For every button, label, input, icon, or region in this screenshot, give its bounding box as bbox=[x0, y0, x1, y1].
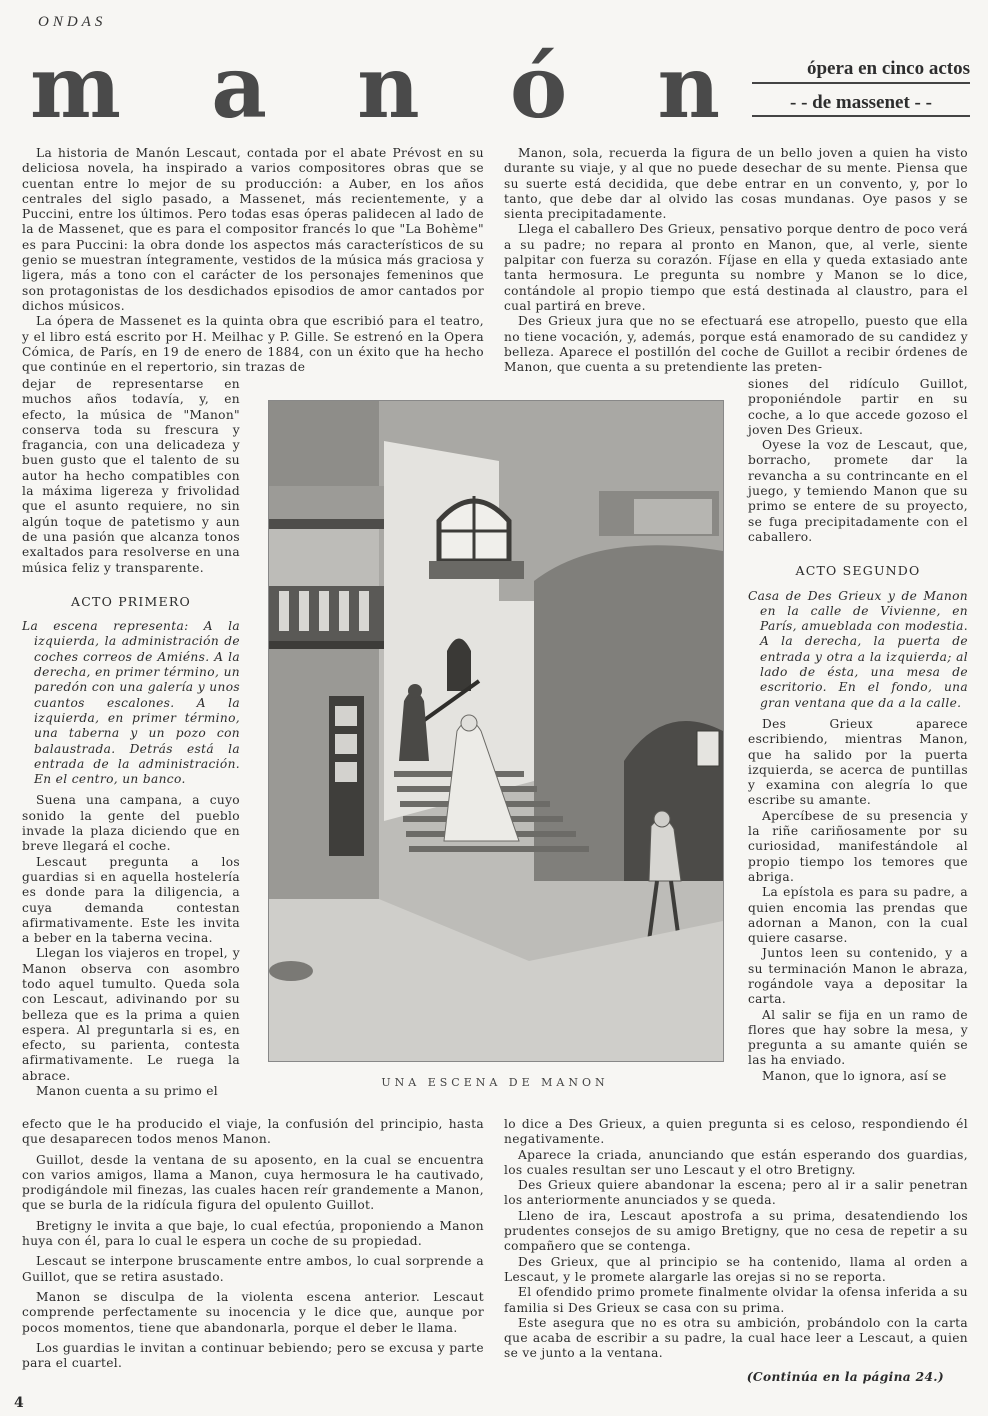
intro-paragraph-continued: dejar de representarse en muchos años to… bbox=[22, 377, 240, 576]
act2-bottom-block: lo dice a Des Grieux, a quien pregunta s… bbox=[504, 1117, 968, 1385]
act1-paragraph: Bretigny le invita a que baje, lo cual e… bbox=[22, 1219, 484, 1250]
magazine-kicker: ONDAS bbox=[38, 14, 106, 31]
act1-paragraph: efecto que le ha producido el viaje, la … bbox=[22, 1117, 484, 1148]
act2-paragraph: Juntos leen su contenido, y a su termina… bbox=[748, 946, 968, 1007]
right-top-block: Manon, sola, recuerda la figura de un be… bbox=[504, 146, 968, 375]
right-paragraph: Manon, sola, recuerda la figura de un be… bbox=[504, 146, 968, 222]
title-letter: n bbox=[657, 48, 720, 128]
intro-paragraph: La historia de Manón Lescaut, contada po… bbox=[22, 146, 484, 314]
title-letter: m bbox=[30, 48, 121, 128]
right-narrow-column: siones del ridículo Guillot, proponiéndo… bbox=[748, 377, 968, 1084]
act1-paragraph: Llegan los viajeros en tropel, y Manon o… bbox=[22, 946, 240, 1084]
act2-paragraph: Des Grieux quiere abandonar la escena; p… bbox=[504, 1178, 968, 1209]
right-paragraph: Llega el caballero Des Grieux, pensativo… bbox=[504, 222, 968, 314]
act2-paragraph: Al salir se fija en un ramo de flores qu… bbox=[748, 1008, 968, 1069]
right-paragraph: Des Grieux jura que no se efectuará ese … bbox=[504, 314, 968, 375]
title-letter: a bbox=[211, 48, 267, 128]
intro-block: La historia de Manón Lescaut, contada po… bbox=[22, 146, 484, 375]
act1-paragraph: Lescaut pregunta a los guardias si en aq… bbox=[22, 855, 240, 947]
act2-scene-description: Casa de Des Grieux y de Manon en la call… bbox=[748, 589, 968, 711]
subtitle-line-2: - - de massenet - - bbox=[752, 92, 970, 117]
act2-paragraph: Lleno de ira, Lescaut apostrofa a su pri… bbox=[504, 1209, 968, 1255]
left-narrow-column: dejar de representarse en muchos años to… bbox=[22, 377, 240, 1099]
act1-paragraph: Guillot, desde la ventana de su aposento… bbox=[22, 1153, 484, 1214]
right-paragraph-continued: siones del ridículo Guillot, proponiéndo… bbox=[748, 377, 968, 438]
act2-paragraph: El ofendido primo promete finalmente olv… bbox=[504, 1285, 968, 1316]
act1-bottom-block: efecto que le ha producido el viaje, la … bbox=[22, 1117, 484, 1371]
act2-paragraph: Manon, que lo ignora, así se bbox=[748, 1069, 968, 1084]
act1-paragraph: Manon cuenta a su primo el bbox=[22, 1084, 240, 1099]
act2-paragraph: Este asegura que no es otra su ambición,… bbox=[504, 1316, 968, 1362]
act1-paragraph: Los guardias le invitan a continuar bebi… bbox=[22, 1341, 484, 1372]
act2-paragraph: Des Grieux, que al principio se ha conte… bbox=[504, 1255, 968, 1286]
act1-paragraph: Manon se disculpa de la violenta escena … bbox=[22, 1290, 484, 1336]
right-paragraph: Oyese la voz de Lescaut, que, borracho, … bbox=[748, 438, 968, 545]
subtitle-line-1: ópera en cinco actos bbox=[752, 58, 970, 84]
act2-heading: ACTO SEGUNDO bbox=[748, 563, 968, 578]
act2-paragraph: Des Grieux aparece escribiendo, mientras… bbox=[748, 717, 968, 809]
title-letter: ó bbox=[510, 48, 567, 128]
act1-scene-description: La escena representa: A la izquierda, la… bbox=[22, 619, 240, 787]
act2-paragraph: lo dice a Des Grieux, a quien pregunta s… bbox=[504, 1117, 968, 1148]
opera-scene-illustration bbox=[268, 400, 724, 1062]
act1-heading: ACTO PRIMERO bbox=[22, 594, 240, 609]
page-title: m a n ó n bbox=[30, 48, 720, 128]
intro-paragraph: La ópera de Massenet es la quinta obra q… bbox=[22, 314, 484, 375]
subtitle: ópera en cinco actos - - de massenet - - bbox=[752, 58, 970, 117]
page-number: 4 bbox=[14, 1395, 24, 1411]
continued-note: (Continúa en la página 24.) bbox=[504, 1370, 968, 1385]
act1-paragraph: Suena una campana, a cuyo sonido la gent… bbox=[22, 793, 240, 854]
act2-paragraph: La epístola es para su padre, a quien en… bbox=[748, 885, 968, 946]
act2-paragraph: Apercíbese de su presencia y la riñe car… bbox=[748, 809, 968, 885]
stage-scene-drawing bbox=[269, 401, 723, 1061]
title-letter: n bbox=[357, 48, 420, 128]
act2-paragraph: Aparece la criada, anunciando que están … bbox=[504, 1148, 968, 1179]
illustration-caption: UNA ESCENA DE MANON bbox=[270, 1076, 720, 1089]
act1-paragraph: Lescaut se interpone bruscamente entre a… bbox=[22, 1254, 484, 1285]
